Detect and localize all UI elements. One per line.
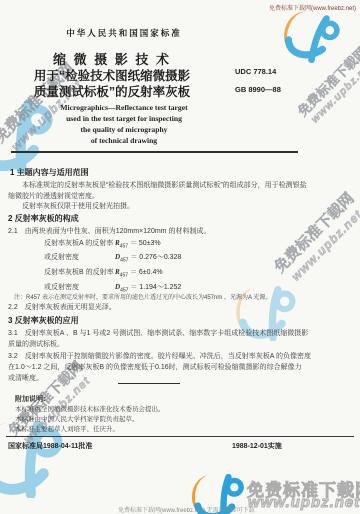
- spec-formula: R457 ＝ 6±0.4%: [115, 267, 163, 278]
- appendix-line: 本标准由中国人民大学档案学院负责起草。: [15, 414, 139, 423]
- scanned-standard-page: 免费标准下载网 www.upbz.net 免费标准下载网 www.upbz.ne…: [0, 0, 360, 514]
- diagonal-watermark: 免费标准下载网 www.upbz.net: [271, 190, 360, 288]
- clause-3-1: 3.1 反射率灰板A 、B 与1 号或2 号测试图、缩率测试条、缩率数字卡组成检…: [8, 328, 308, 338]
- english-title-line: the quality of micrography: [36, 125, 212, 134]
- standard-number: GB 8990—88: [235, 85, 281, 94]
- spec-label: 或反射密度: [44, 282, 79, 292]
- section-1-paragraph: 本标准规定的反射率灰板是“检验技术图纸缩微摄影质量测试标板”的组成部分，用于检测…: [22, 180, 307, 190]
- appendix-line: 本标准由全国缩微摄影技术标准化技术委员会提出。: [15, 404, 165, 413]
- section-2-heading: 2 反射率灰板的构成: [8, 213, 79, 224]
- udc-number: UDC 778.14: [235, 67, 276, 76]
- header-divider: [11, 151, 298, 153]
- spec-label: 反射率灰板B 的反射率: [44, 267, 114, 277]
- clause-3-2: 3.2 反射率灰板用于控制缩微胶片影像的密度。胶片经曝光、冲洗后，当反射率灰板A…: [8, 351, 311, 361]
- formula-subscript: 457: [120, 243, 128, 249]
- end-divider: [118, 383, 180, 384]
- approval-date: 国家标准局1988-04-11批准: [8, 441, 92, 451]
- appendix-heading: 附加说明：: [15, 394, 50, 404]
- clause-2-1: 2.1 由两块表面为中性灰、面积为120mm×120mm 的材料制成。: [8, 226, 210, 236]
- section-1-heading: 1 主题内容与适用范围: [10, 167, 89, 178]
- spec-formula: D457 ＝ 0.276～0.328: [115, 252, 181, 263]
- spec-formula: R457 ＝ 50±3%: [115, 238, 161, 249]
- spec-label: 反射率灰板A 的反射率: [44, 238, 113, 248]
- formula-value: ＝ 50±3%: [128, 240, 161, 247]
- clause-3-2: 在1.0～1.2 之间，反射率灰板B 的负像密度低于0.16时，测试标板可检验缩…: [8, 362, 302, 372]
- implementation-date: 1988-12-01实施: [232, 441, 282, 451]
- footer-divider: [6, 436, 354, 437]
- title-line-3: 质量测试标板”的反射率灰板: [28, 82, 196, 100]
- top-right-download-note: 免费标准下载网(www.freebz.net): [269, 3, 356, 12]
- country-standard-label: 中华人民共和国国家标准: [50, 27, 198, 39]
- english-title-line: used in the test target for inspecting: [36, 114, 212, 123]
- formula-value: ＝ 1.194～1.252: [128, 284, 181, 291]
- clause-2-1-note: 注：R457 表示在测定反射率时，要求所用的滤色片透过光的中心波长为457nm …: [14, 292, 271, 301]
- section-1-paragraph: 反射率灰板仅限于使用反射光拍摄。: [22, 201, 134, 211]
- formula-value: ＝ 0.276～0.328: [128, 254, 181, 261]
- formula-subscript: 457: [120, 272, 128, 278]
- appendix-line: 本标准主要起草人刘培平、任庆升。: [15, 424, 119, 433]
- english-title-line: of technical drawing: [36, 136, 212, 145]
- formula-value: ＝ 6±0.4%: [128, 269, 163, 276]
- clause-3-1: 质量的测试标板。: [8, 339, 64, 349]
- up-logo-watermark: [277, 4, 346, 68]
- section-1-paragraph: 缩微胶片的漫透射视觉密度。: [8, 191, 99, 201]
- english-title-line: Micrographics—Reflectance test target: [36, 103, 212, 112]
- clause-2-2: 2.2 反射率灰板表面无明显光泽。: [8, 302, 116, 312]
- section-3-heading: 3 反射率灰板的应用: [8, 315, 79, 326]
- spec-label: 或反射密度: [44, 252, 79, 262]
- brand-site-url: www.upbz.net: [248, 494, 360, 511]
- clause-3-2: 或清晰度。: [8, 373, 43, 383]
- bottom-download-note: 免费标准下载网(www.freebz.net) 无需注册即可下载: [118, 505, 255, 514]
